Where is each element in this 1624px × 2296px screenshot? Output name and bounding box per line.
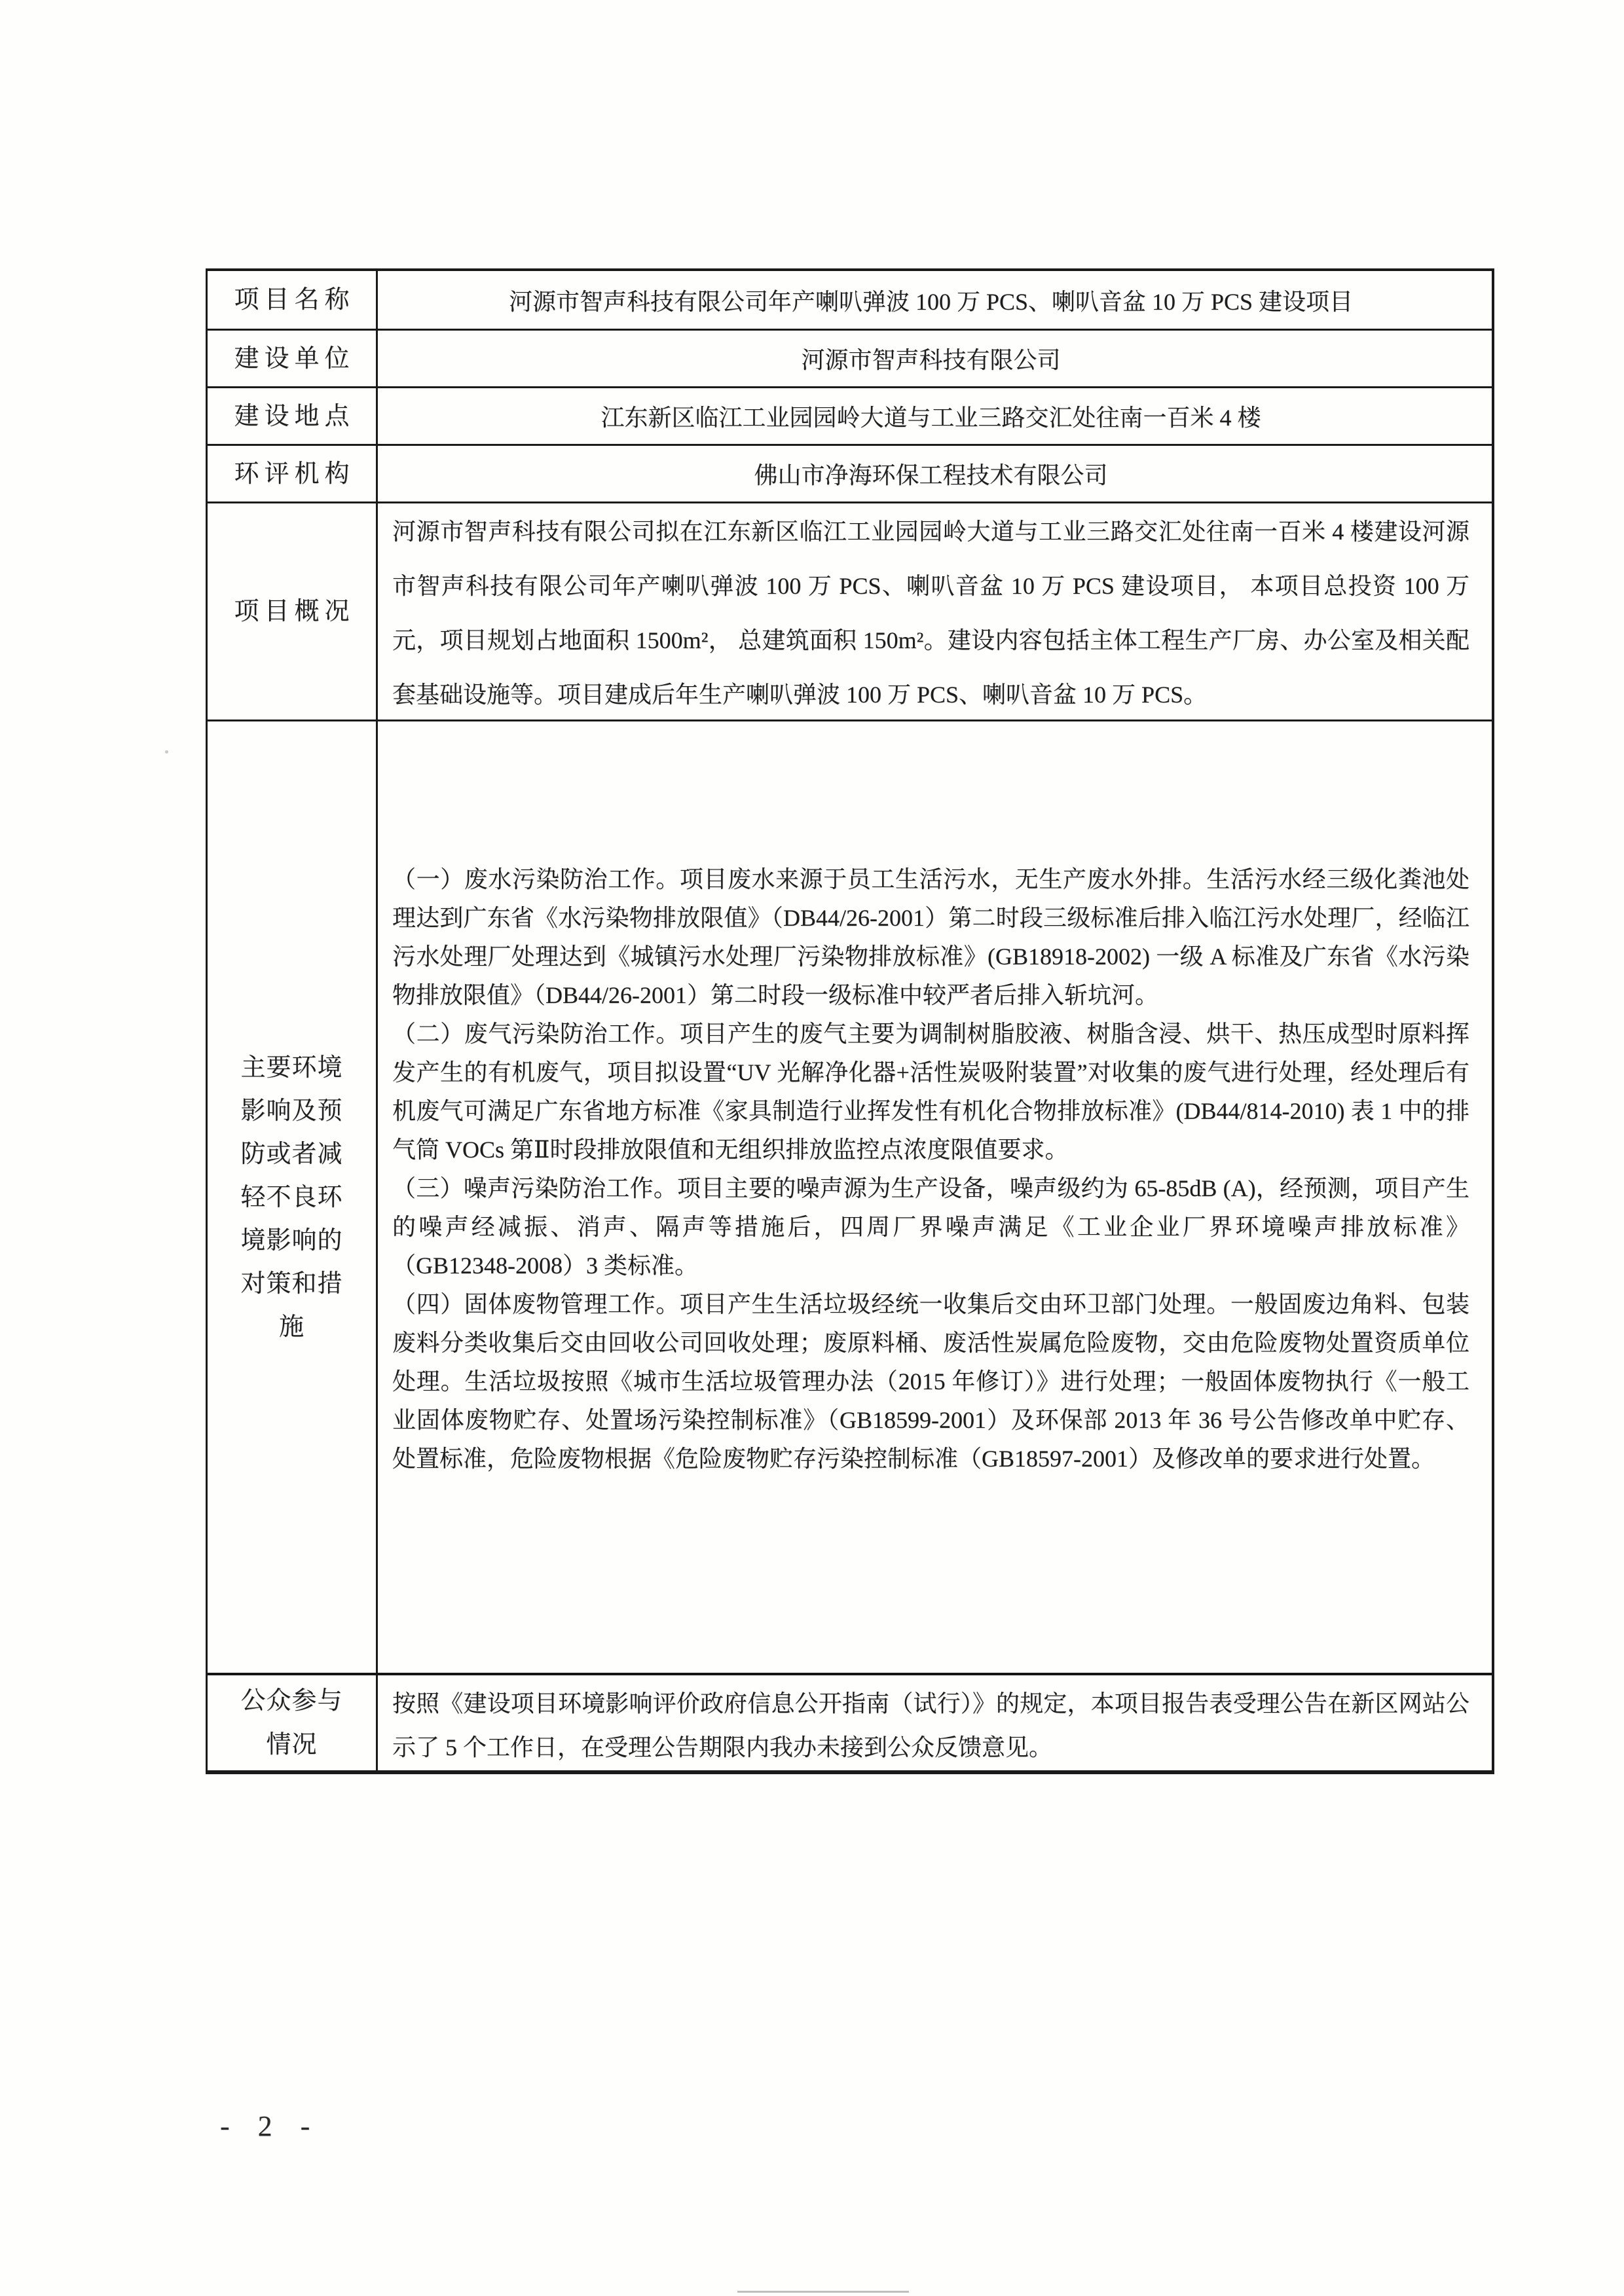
environmental-measures-value-cell: （一）废水污染防治工作。项目废水来源于员工生活污水，无生产废水外排。生活污水经三… <box>378 721 1492 1673</box>
page-number: - 2 - <box>220 2109 320 2143</box>
construction-site-label: 建设地点 <box>229 395 354 438</box>
eia-approval-table: 项目名称 河源市智声科技有限公司年产喇叭弹波 100 万 PCS、喇叭音盆 10… <box>206 268 1494 1774</box>
scan-artifact-line <box>737 2291 909 2293</box>
construction-unit-label-cell: 建设单位 <box>208 331 378 386</box>
project-overview-label: 项目概况 <box>229 590 354 633</box>
scanned-document-page: 项目名称 河源市智声科技有限公司年产喇叭弹波 100 万 PCS、喇叭音盆 10… <box>0 0 1624 2296</box>
table-row-project-name: 项目名称 河源市智声科技有限公司年产喇叭弹波 100 万 PCS、喇叭音盆 10… <box>208 271 1492 329</box>
table-row-construction-site: 建设地点 江东新区临江工业园园岭大道与工业三路交汇处往南一百米 4 楼 <box>208 386 1492 444</box>
project-name-value-cell: 河源市智声科技有限公司年产喇叭弹波 100 万 PCS、喇叭音盆 10 万 PC… <box>378 271 1492 329</box>
eia-agency-value: 佛山市净海环保工程技术有限公司 <box>754 457 1107 490</box>
project-overview-label-cell: 项目概况 <box>208 503 378 720</box>
construction-unit-value-cell: 河源市智声科技有限公司 <box>378 331 1492 386</box>
construction-site-label-cell: 建设地点 <box>208 388 378 444</box>
eia-agency-label: 环评机构 <box>229 452 354 496</box>
project-name-value: 河源市智声科技有限公司年产喇叭弹波 100 万 PCS、喇叭音盆 10 万 PC… <box>509 283 1353 317</box>
measure-paragraph-wastewater: （一）废水污染防治工作。项目废水来源于员工生活污水，无生产废水外排。生活污水经三… <box>392 860 1469 1015</box>
table-row-environmental-measures: 主要环境影响及预防或者减轻不良环境影响的对策和措施 （一）废水污染防治工作。项目… <box>208 720 1492 1673</box>
table-row-eia-agency: 环评机构 佛山市净海环保工程技术有限公司 <box>208 444 1492 501</box>
public-participation-value: 按照《建设项目环境影响评价政府信息公开指南（试行）》的规定，本项目报告表受理公告… <box>392 1690 1469 1760</box>
scan-artifact-speck <box>165 750 168 754</box>
measure-paragraph-waste-gas: （二）废气污染防治工作。项目产生的废气主要为调制树脂胶液、树脂含浸、烘干、热压成… <box>392 1015 1469 1169</box>
environmental-measures-label-cell: 主要环境影响及预防或者减轻不良环境影响的对策和措施 <box>208 721 378 1673</box>
public-participation-value-cell: 按照《建设项目环境影响评价政府信息公开指南（试行）》的规定，本项目报告表受理公告… <box>378 1675 1492 1770</box>
eia-agency-value-cell: 佛山市净海环保工程技术有限公司 <box>378 446 1492 501</box>
table-row-public-participation: 公众参与情况 按照《建设项目环境影响评价政府信息公开指南（试行）》的规定，本项目… <box>208 1673 1492 1770</box>
project-overview-value: 河源市智声科技有限公司拟在江东新区临江工业园园岭大道与工业三路交汇处往南一百米 … <box>392 519 1469 708</box>
table-row-project-overview: 项目概况 河源市智声科技有限公司拟在江东新区临江工业园园岭大道与工业三路交汇处往… <box>208 501 1492 720</box>
eia-agency-label-cell: 环评机构 <box>208 446 378 501</box>
construction-unit-value: 河源市智声科技有限公司 <box>801 342 1060 375</box>
project-name-label-cell: 项目名称 <box>208 271 378 329</box>
construction-unit-label: 建设单位 <box>229 337 354 380</box>
construction-site-value: 江东新区临江工业园园岭大道与工业三路交汇处往南一百米 4 楼 <box>600 399 1261 433</box>
project-overview-value-cell: 河源市智声科技有限公司拟在江东新区临江工业园园岭大道与工业三路交汇处往南一百米 … <box>378 503 1492 720</box>
table-row-construction-unit: 建设单位 河源市智声科技有限公司 <box>208 329 1492 386</box>
project-name-label: 项目名称 <box>229 278 354 321</box>
construction-site-value-cell: 江东新区临江工业园园岭大道与工业三路交汇处往南一百米 4 楼 <box>378 388 1492 444</box>
measure-paragraph-noise: （三）噪声污染防治工作。项目主要的噪声源为生产设备，噪声级约为 65-85dB … <box>392 1169 1469 1285</box>
public-participation-label: 公众参与情况 <box>230 1679 354 1767</box>
measure-paragraph-solid-waste: （四）固体废物管理工作。项目产生生活垃圾经统一收集后交由环卫部门处理。一般固废边… <box>392 1285 1469 1478</box>
environmental-measures-label: 主要环境影响及预防或者减轻不良环境影响的对策和措施 <box>230 1046 354 1349</box>
public-participation-label-cell: 公众参与情况 <box>208 1675 378 1770</box>
